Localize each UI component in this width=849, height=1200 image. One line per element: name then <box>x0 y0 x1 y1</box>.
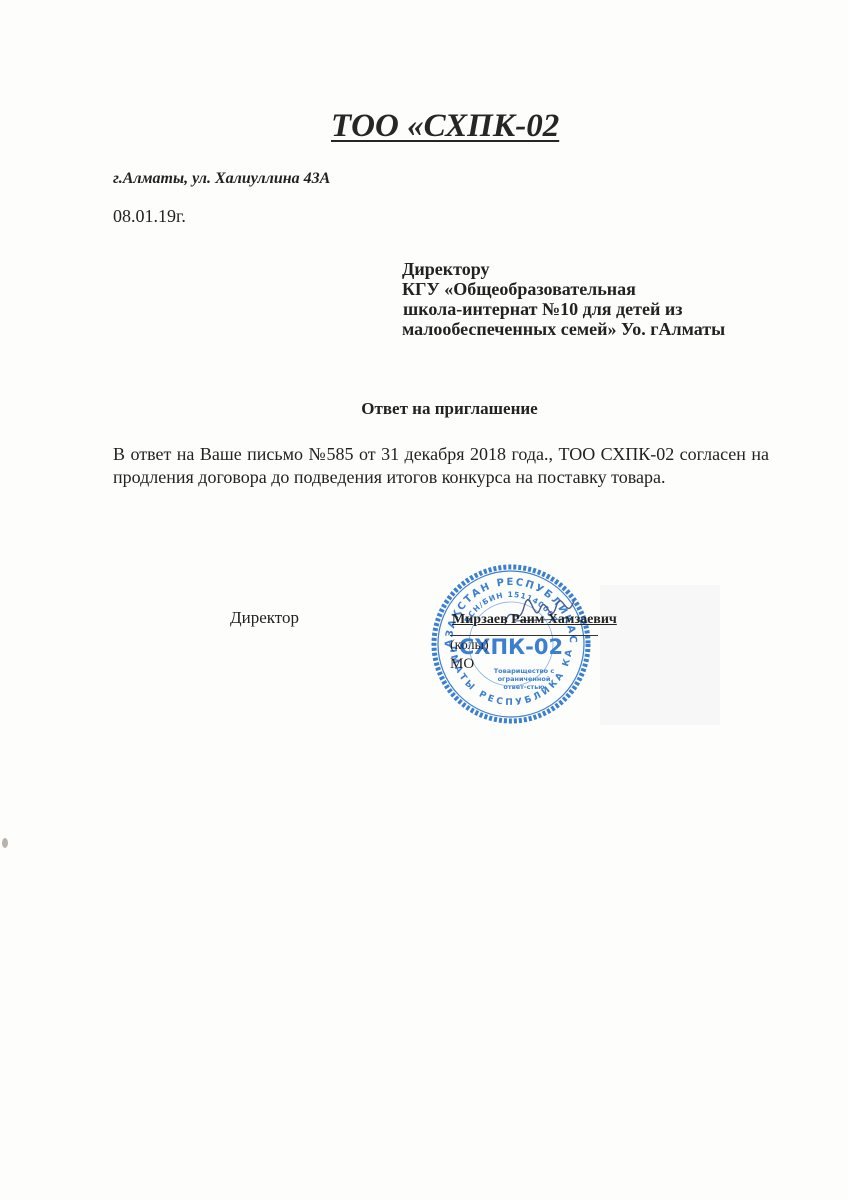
svg-text:ответ-стью: ответ-стью <box>503 683 545 691</box>
signer-position: Директор <box>230 608 299 628</box>
signature-line <box>450 635 598 636</box>
company-address: г.Алматы, ул. Халиуллина 43А <box>113 170 330 188</box>
letter-subject: Ответ на приглашение <box>0 399 849 419</box>
letter-body: В ответ на Ваше письмо №585 от 31 декабр… <box>113 443 769 489</box>
svg-text:ограниченной: ограниченной <box>498 675 551 683</box>
signature-caption: (колы) <box>450 638 489 654</box>
punch-hole-mark <box>2 838 8 848</box>
company-title: ТОО «СХПК-02 <box>331 108 559 145</box>
recipient-line: малообеспеченных семей» Уо. гАлматы <box>402 319 725 339</box>
letter-date: 08.01.19г. <box>113 206 186 227</box>
recipient-block: Директору КГУ «Общеобразовательная школа… <box>402 259 725 339</box>
recipient-line: школа-интернат №10 для детей из <box>402 299 725 319</box>
faded-background-text <box>600 585 720 725</box>
signer-name: Мирзаев Раим Хамзаевич <box>452 612 617 628</box>
svg-text:Товарищество с: Товарищество с <box>494 667 555 675</box>
seal-label: МО <box>450 656 474 673</box>
recipient-line: Директору <box>402 259 725 279</box>
document-page: ТОО «СХПК-02 г.Алматы, ул. Халиуллина 43… <box>0 0 849 1200</box>
recipient-line: КГУ «Общеобразовательная <box>402 279 725 299</box>
